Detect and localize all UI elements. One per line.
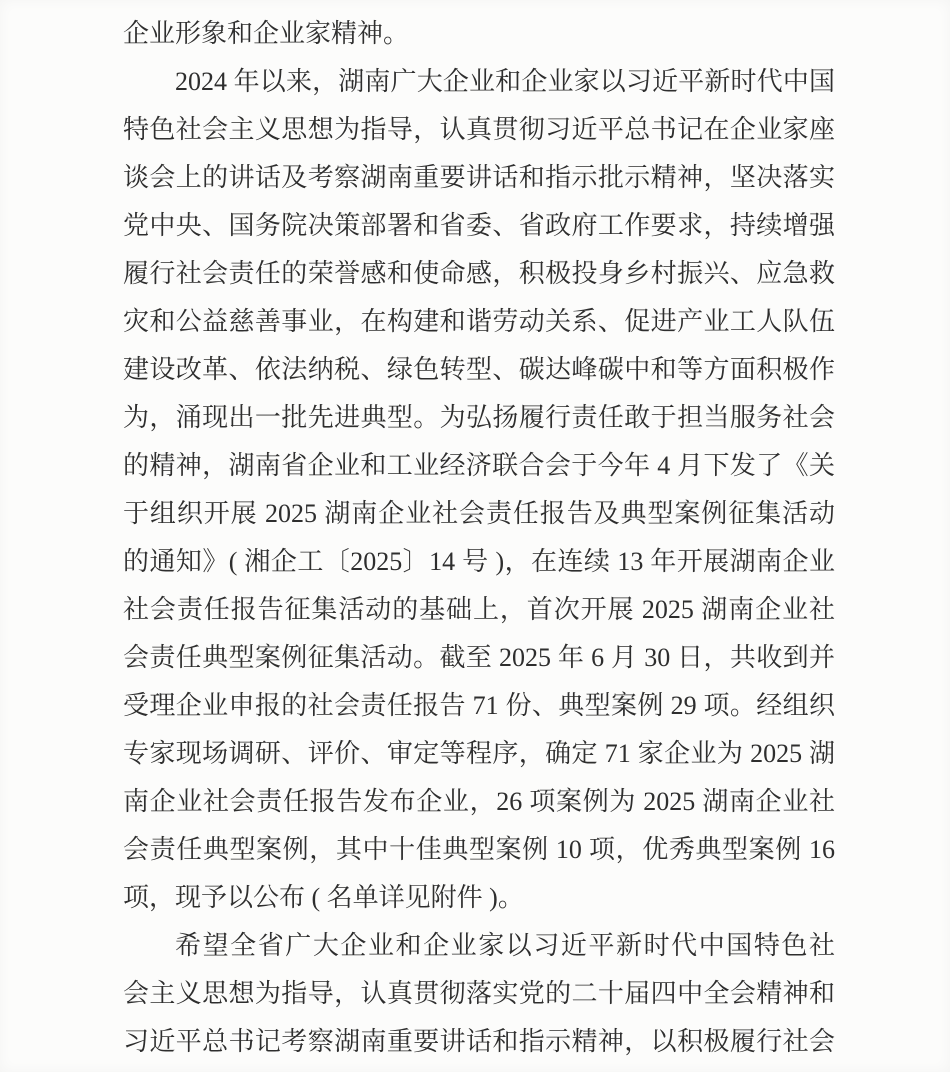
text-line: 的通知》( 湘企工〔2025〕14 号 )，在连续 13 年开展湖南企业: [123, 538, 835, 586]
text-line: 项，现予以公布 ( 名单详见附件 )。: [123, 874, 835, 922]
text-line: 会责任典型案例，其中十佳典型案例 10 项，优秀典型案例 16: [123, 826, 835, 874]
document-page: 企业形象和企业家精神。2024 年以来，湖南广大企业和企业家以习近平新时代中国特…: [0, 0, 950, 1072]
text-line: 希望全省广大企业和企业家以习近平新时代中国特色社: [123, 922, 835, 970]
text-line: 南企业社会责任报告发布企业，26 项案例为 2025 湖南企业社: [123, 778, 835, 826]
text-line: 习近平总书记考察湖南重要讲话和指示精神，以积极履行社会: [123, 1018, 835, 1066]
text-line: 社会责任报告征集活动的基础上，首次开展 2025 湖南企业社: [123, 586, 835, 634]
text-line: 企业形象和企业家精神。: [123, 10, 835, 58]
text-line: 受理企业申报的社会责任报告 71 份、典型案例 29 项。经组织: [123, 682, 835, 730]
text-line: 的精神，湖南省企业和工业经济联合会于今年 4 月下发了《关: [123, 442, 835, 490]
text-line: 于组织开展 2025 湖南企业社会责任报告及典型案例征集活动: [123, 490, 835, 538]
text-line: 为，涌现出一批先进典型。为弘扬履行责任敢于担当服务社会: [123, 394, 835, 442]
text-line: 会主义思想为指导，认真贯彻落实党的二十届四中全会精神和: [123, 970, 835, 1018]
paragraph: 企业形象和企业家精神。: [123, 10, 835, 58]
text-line: 建设改革、依法纳税、绿色转型、碳达峰碳中和等方面积极作: [123, 346, 835, 394]
text-line: 特色社会主义思想为指导，认真贯彻习近平总书记在企业家座: [123, 106, 835, 154]
text-line: 谈会上的讲话及考察湖南重要讲话和指示批示精神，坚决落实: [123, 154, 835, 202]
paragraph: 希望全省广大企业和企业家以习近平新时代中国特色社会主义思想为指导，认真贯彻落实党…: [123, 922, 835, 1066]
document-body: 企业形象和企业家精神。2024 年以来，湖南广大企业和企业家以习近平新时代中国特…: [123, 10, 835, 1066]
text-line: 2024 年以来，湖南广大企业和企业家以习近平新时代中国: [123, 58, 835, 106]
paragraph: 2024 年以来，湖南广大企业和企业家以习近平新时代中国特色社会主义思想为指导，…: [123, 58, 835, 922]
text-line: 灾和公益慈善事业，在构建和谐劳动关系、促进产业工人队伍: [123, 298, 835, 346]
text-line: 履行社会责任的荣誉感和使命感，积极投身乡村振兴、应急救: [123, 250, 835, 298]
text-line: 专家现场调研、评价、审定等程序，确定 71 家企业为 2025 湖: [123, 730, 835, 778]
text-line: 党中央、国务院决策部署和省委、省政府工作要求，持续增强: [123, 202, 835, 250]
text-line: 会责任典型案例征集活动。截至 2025 年 6 月 30 日，共收到并: [123, 634, 835, 682]
